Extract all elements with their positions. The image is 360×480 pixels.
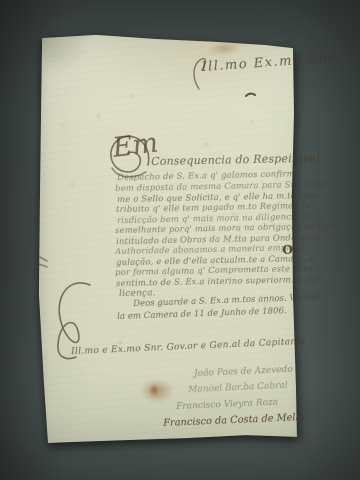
address-line: Ill.mo e Ex.mo Snr. Gov.or e Gen.al da C…: [71, 337, 306, 357]
signature-line: Francisco Vieyra Roza: [176, 397, 278, 411]
closing-line: Deos guarde a S. Ex.a m.tos annos. V.a B…: [133, 292, 322, 309]
margin-letter: O: [282, 242, 293, 257]
signature-line: Manoel Bor.ba Cabral: [188, 381, 288, 395]
manuscript-heading: Ill.mo Ex.mo Snr.: [201, 50, 341, 75]
signature-line: João Paes de Azevedo: [194, 365, 293, 379]
manuscript-ink-layer: Ill.mo Ex.mo Snr. Em Consequencia do Res…: [0, 0, 360, 480]
body-line: Consequencia do Respeitavel: [151, 151, 320, 168]
photo-background: Ill.mo Ex.mo Snr. Em Consequencia do Res…: [0, 0, 360, 480]
signature-line: Francisco da Costa de Mello: [163, 412, 305, 429]
